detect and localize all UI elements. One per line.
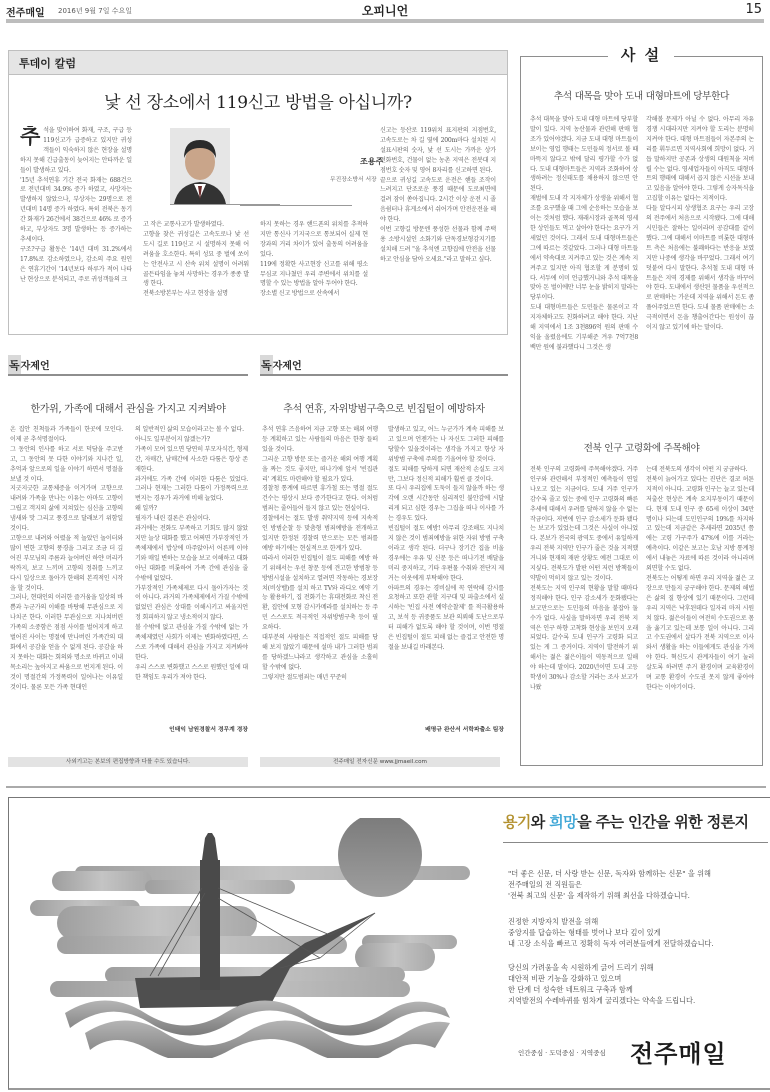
today-column-text-2: 고 작은 교통사고가 발생하였다. 고향을 찾은 귀성길은 고속도로나 낯 선 …: [143, 220, 249, 330]
editorial-1-title: 추석 대목을 맞아 도내 대형마트에 당부한다: [520, 88, 763, 102]
section-divider: [6, 786, 766, 788]
author-rule: [240, 205, 352, 206]
author-photo: [170, 128, 230, 204]
disclaimer-note: 사외기고는 본보의 편집방향과 다를 수도 있습니다.: [8, 757, 248, 767]
today-column-title: 낯 선 장소에서 119신고 방법을 아십니까?: [8, 88, 508, 113]
portrait-icon: [170, 128, 230, 204]
reader-left-text-2: 의 일반적인 삶의 모습이라고는 볼 수 없다. 아니도 일부분이지 않겠는가?…: [135, 425, 248, 723]
masthead-date: 2016년 9월 7일 수요일: [58, 6, 132, 16]
editorial-1-text-1: 추석 대목을 맞아 도내 대형 마트에 당부할 말이 있다. 지역 농산물과 관…: [530, 115, 638, 420]
e-paper-note: 전주매일 전자신문 www.jjmaeil.com: [260, 757, 500, 767]
ad-slogan: 용기와 희망을 주는 인간을 위한 정론지: [503, 811, 748, 832]
reader-right-text-1: 추석 연휴 즈음하여 지금 고향 또는 해외 여행 등 계획하고 있는 사람들의…: [262, 425, 378, 735]
reader-left-title: 한가위, 가족에 대해서 관심을 가지고 지켜봐야: [8, 400, 248, 415]
ad-tagline: 인간중심 · 도덕중심 · 지역중심: [518, 1048, 606, 1057]
editorial-2-title: 전북 인구 고령화에 주목해야: [520, 440, 763, 454]
masthead-rule: [6, 19, 764, 23]
reader-left-text-1: 온 집안 친척들과 가족들이 한곳에 모인다. 이제 곧 추석명절이다. 그 동…: [10, 425, 123, 735]
reader-right-rule: [260, 374, 508, 376]
editorial-top-rule-left: [520, 56, 608, 57]
reader-left-byline: 인태익 남원경찰서 경무계 경장: [135, 724, 248, 733]
editorial-2-text-1: 전북 인구의 고령화에 주목해야겠다. 거주 인구와 관련해서 부정적인 예측들…: [530, 465, 638, 760]
today-column-text-1: 추석을 맞이하여 화재, 구조, 구급 등 119신고가 급증하고 있지만 귀성…: [20, 126, 132, 331]
ad-paragraph-3: 당신의 가려움을 속 시원하게 긁어 드리기 위해 대안적 비판 기능을 강화하…: [508, 962, 695, 1006]
editorial-label: 사 설: [608, 44, 674, 65]
ad-rule: [503, 842, 768, 843]
reader-left-label: 독자제언: [8, 355, 50, 375]
reader-right-byline: 배명규 완산서 서학파출소 팀장: [388, 724, 504, 733]
today-column-label: 투데이 칼럼: [8, 50, 508, 75]
masthead-section: 오피니언: [340, 2, 430, 19]
today-column-text-4: 신고는 등산로 119위치 표지판의 지점번호, 고속도로는 차 길 옆에 20…: [380, 126, 496, 331]
author-title: 무진장소방서 서장: [330, 174, 377, 183]
today-column-text-3: 하지 못하는 경우 핸드폰의 위치를 추적하지만 통신사 기지국으로 통보되어 …: [260, 220, 368, 330]
reader-left-rule: [8, 374, 248, 376]
page-number: 15: [745, 2, 762, 17]
reader-right-text-2: 발생하고 있고, 어느 누군가가 계속 피해를 보고 있으며 언젠가는 나 자신…: [388, 425, 504, 723]
editorial-top-rule-right: [674, 56, 763, 57]
ship-illustration: [30, 818, 470, 1058]
masthead-brand: 전주매일: [6, 4, 45, 19]
ad-paragraph-1: "더 좋은 신문, 더 사랑 받는 신문, 독자와 함께하는 신문" 을 위해 …: [508, 868, 711, 901]
newspaper-logo: 전주매일: [630, 1034, 727, 1069]
reader-right-label: 독자제언: [260, 355, 302, 375]
reader-right-title: 추석 연휴, 자위방범구축으로 빈집털이 예방하자: [260, 400, 508, 415]
dropcap: 추: [20, 126, 40, 146]
editorial-1-text-2: 각해볼 문제가 아닐 수 없다. 아무리 자유 경쟁 시대라지만 지켜야 할 도…: [646, 115, 754, 420]
editorial-2-text-2: 는데 전북도의 생각이 어떤 지 궁금하다. 전북이 늙어가고 있다는 진단은 …: [646, 465, 754, 760]
ad-paragraph-2: 진정한 지방자치 발전을 위해 중앙지를 답습하는 형태를 벗어나 보다 깊이 …: [508, 916, 714, 949]
ship-icon: [30, 818, 470, 1058]
